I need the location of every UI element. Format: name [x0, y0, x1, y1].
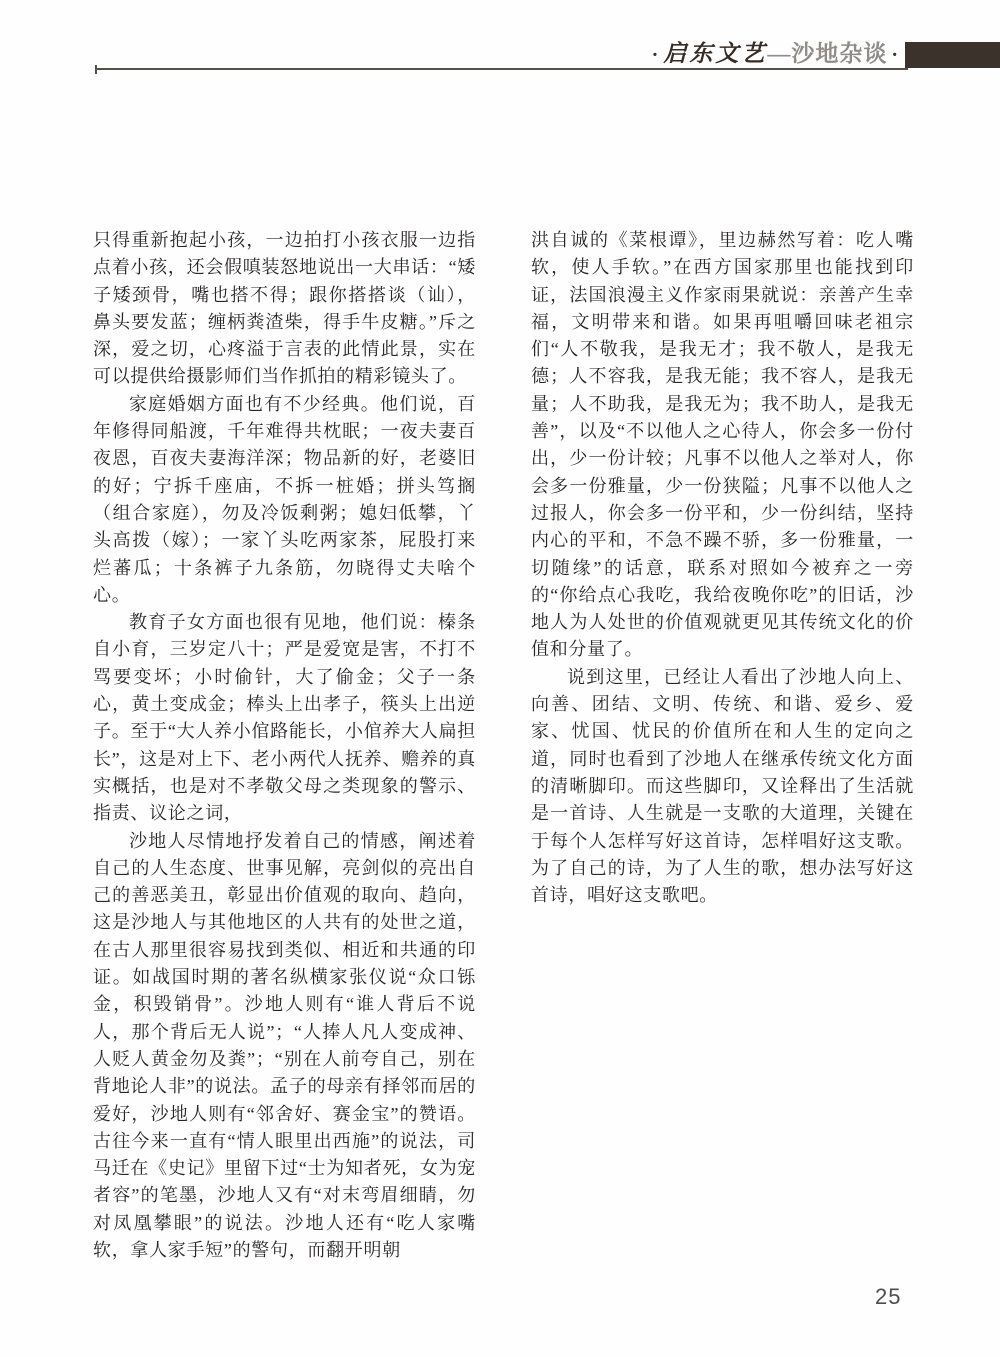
paragraph: 洪自诚的《菜根谭》，里边赫然写着：吃人嘴软，使人手软。”在西方国家那里也能找到印… — [531, 227, 914, 664]
header-bullet-right: · — [887, 44, 903, 66]
header-dash: — — [767, 41, 791, 66]
header-rule — [95, 68, 908, 70]
paragraph: 教育子女方面也很有见地，他们说：榛条自小育，三岁定八十；严是爱宽是害，不打不骂要… — [93, 609, 476, 827]
header-bullet-left: · — [648, 44, 664, 66]
article-right-column: 洪自诚的《菜根谭》，里边赫然写着：吃人嘴软，使人手软。”在西方国家那里也能找到印… — [531, 227, 914, 909]
paragraph: 只得重新抱起小孩，一边拍打小孩衣服一边指点着小孩，还会假嗔装怒地说出一大串话：“… — [93, 227, 476, 391]
paragraph: 家庭婚姻方面也有不少经典。他们说，百年修得同船渡，千年难得共枕眠；一夜夫妻百夜恩… — [93, 391, 476, 609]
journal-title: 启东文艺 — [663, 41, 767, 66]
page-header-title: ·启东文艺—沙地杂谈· — [648, 40, 903, 68]
header-corner-bar — [905, 42, 1000, 68]
paragraph: 沙地人尽情地抒发着自己的情感，阐述着自己的人生态度、世事见解，亮剑似的亮出自己的… — [93, 828, 476, 1265]
magazine-page: ·启东文艺—沙地杂谈· 只得重新抱起小孩，一边拍打小孩衣服一边指点着小孩，还会假… — [0, 0, 1000, 1357]
article-left-column: 只得重新抱起小孩，一边拍打小孩衣服一边指点着小孩，还会假嗔装怒地说出一大串话：“… — [93, 227, 476, 1264]
paragraph: 说到这里，已经让人看出了沙地人向上、向善、团结、文明、传统、和谐、爱乡、爱家、忧… — [531, 664, 914, 910]
page-number: 25 — [875, 1284, 901, 1310]
column-section-title: 沙地杂谈 — [791, 41, 887, 66]
